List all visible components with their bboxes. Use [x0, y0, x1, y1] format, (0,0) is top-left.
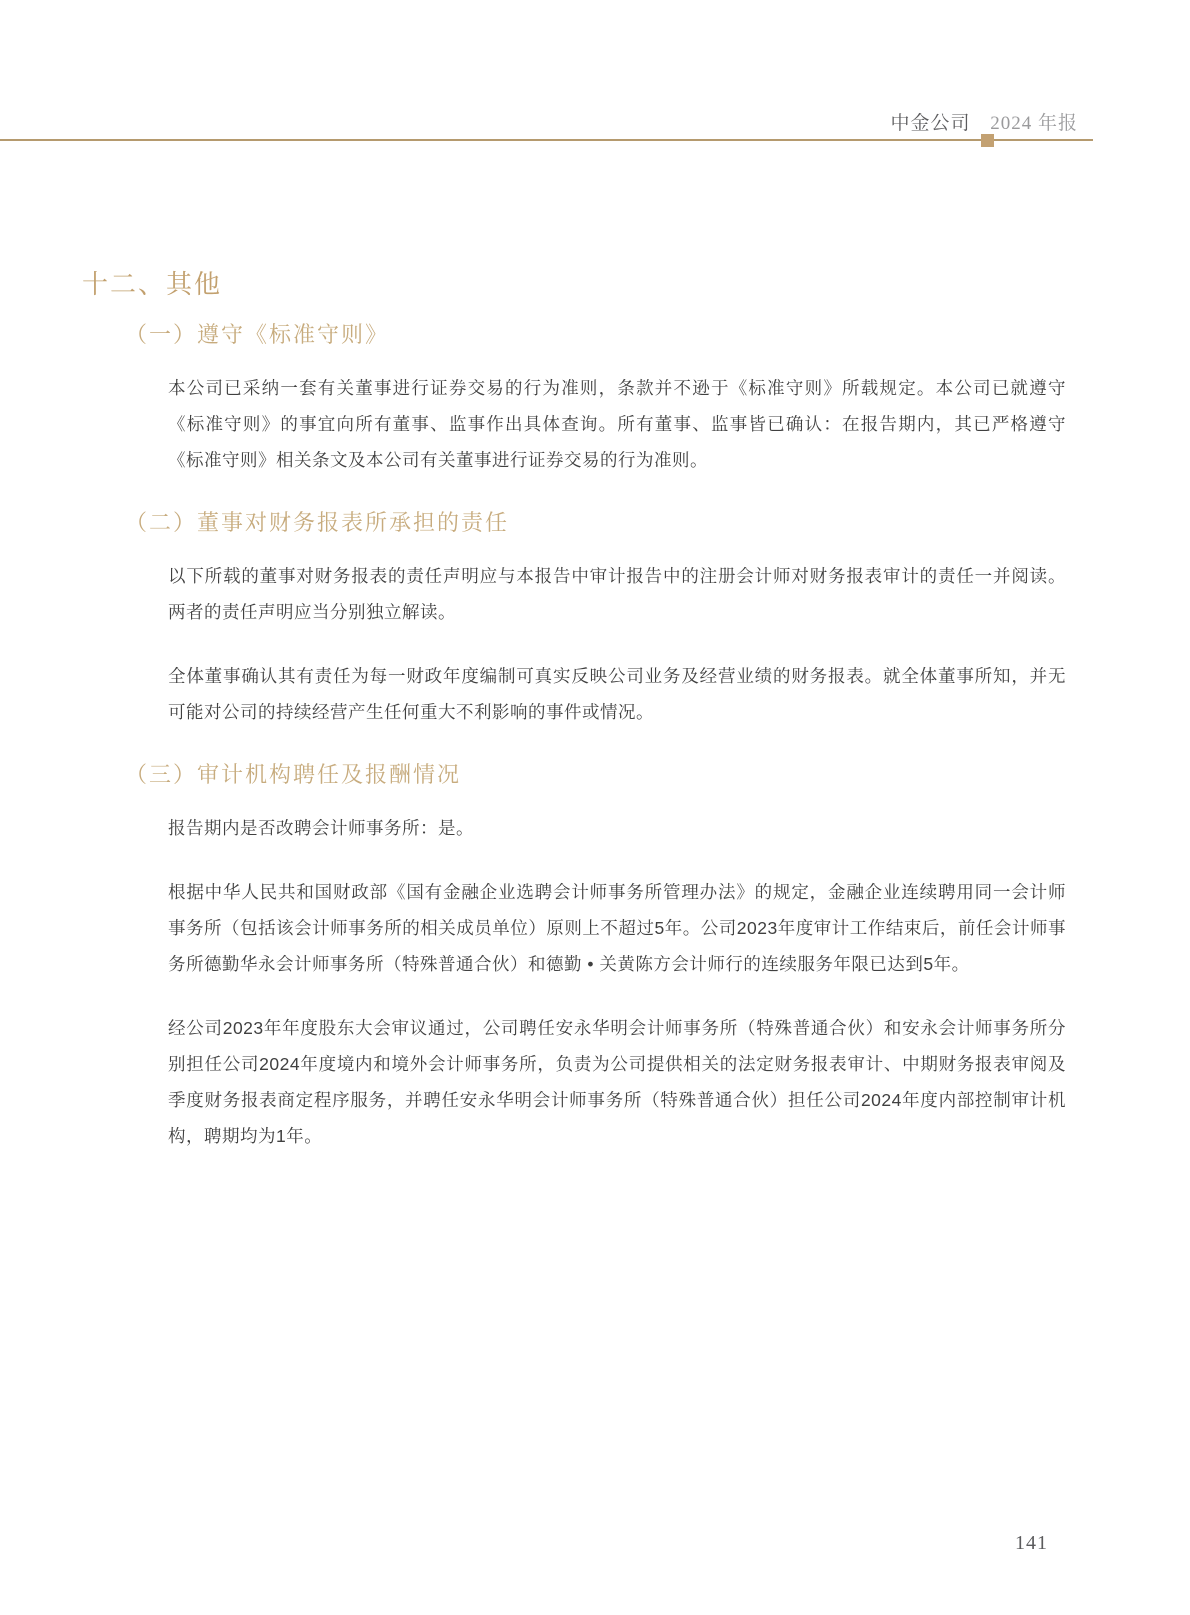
subsection-auditor-appointment: （三）审计机构聘任及报酬情况 报告期内是否改聘会计师事务所：是。 根据中华人民共…	[0, 758, 1190, 1154]
paragraph: 根据中华人民共和国财政部《国有金融企业选聘会计师事务所管理办法》的规定，金融企业…	[168, 874, 1066, 982]
subsection-title-2: （二）董事对财务报表所承担的责任	[125, 506, 1190, 537]
document-page: 中金公司 2024 年报 十二、其他 （一）遵守《标准守则》 本公司已采纳一套有…	[0, 0, 1190, 1615]
paragraph: 以下所载的董事对财务报表的责任声明应与本报告中审计报告中的注册会计师对财务报表审…	[168, 558, 1066, 630]
header-rule-marker	[981, 134, 994, 147]
subsection-title-3: （三）审计机构聘任及报酬情况	[125, 758, 1190, 789]
subsection-title-1: （一）遵守《标准守则》	[125, 318, 1190, 349]
page-number: 141	[1015, 1532, 1048, 1555]
header-company-name: 中金公司	[890, 113, 970, 134]
header-rule-line	[0, 139, 1093, 141]
paragraph: 全体董事确认其有责任为每一财政年度编制可真实反映公司业务及经营业绩的财务报表。就…	[168, 658, 1066, 730]
subsection-directors-responsibility: （二）董事对财务报表所承担的责任 以下所载的董事对财务报表的责任声明应与本报告中…	[0, 506, 1190, 730]
document-content: 十二、其他 （一）遵守《标准守则》 本公司已采纳一套有关董事进行证券交易的行为准…	[0, 264, 1190, 1182]
paragraph: 本公司已采纳一套有关董事进行证券交易的行为准则，条款并不逊于《标准守则》所载规定…	[168, 370, 1066, 478]
header-report-year: 2024 年报	[990, 113, 1078, 134]
subsection-compliance-code: （一）遵守《标准守则》 本公司已采纳一套有关董事进行证券交易的行为准则，条款并不…	[0, 318, 1190, 478]
paragraph: 报告期内是否改聘会计师事务所：是。	[168, 810, 1066, 846]
header-text: 中金公司 2024 年报	[0, 108, 1078, 135]
section-title: 十二、其他	[82, 264, 1190, 301]
paragraph: 经公司2023年年度股东大会审议通过，公司聘任安永华明会计师事务所（特殊普通合伙…	[168, 1010, 1066, 1154]
